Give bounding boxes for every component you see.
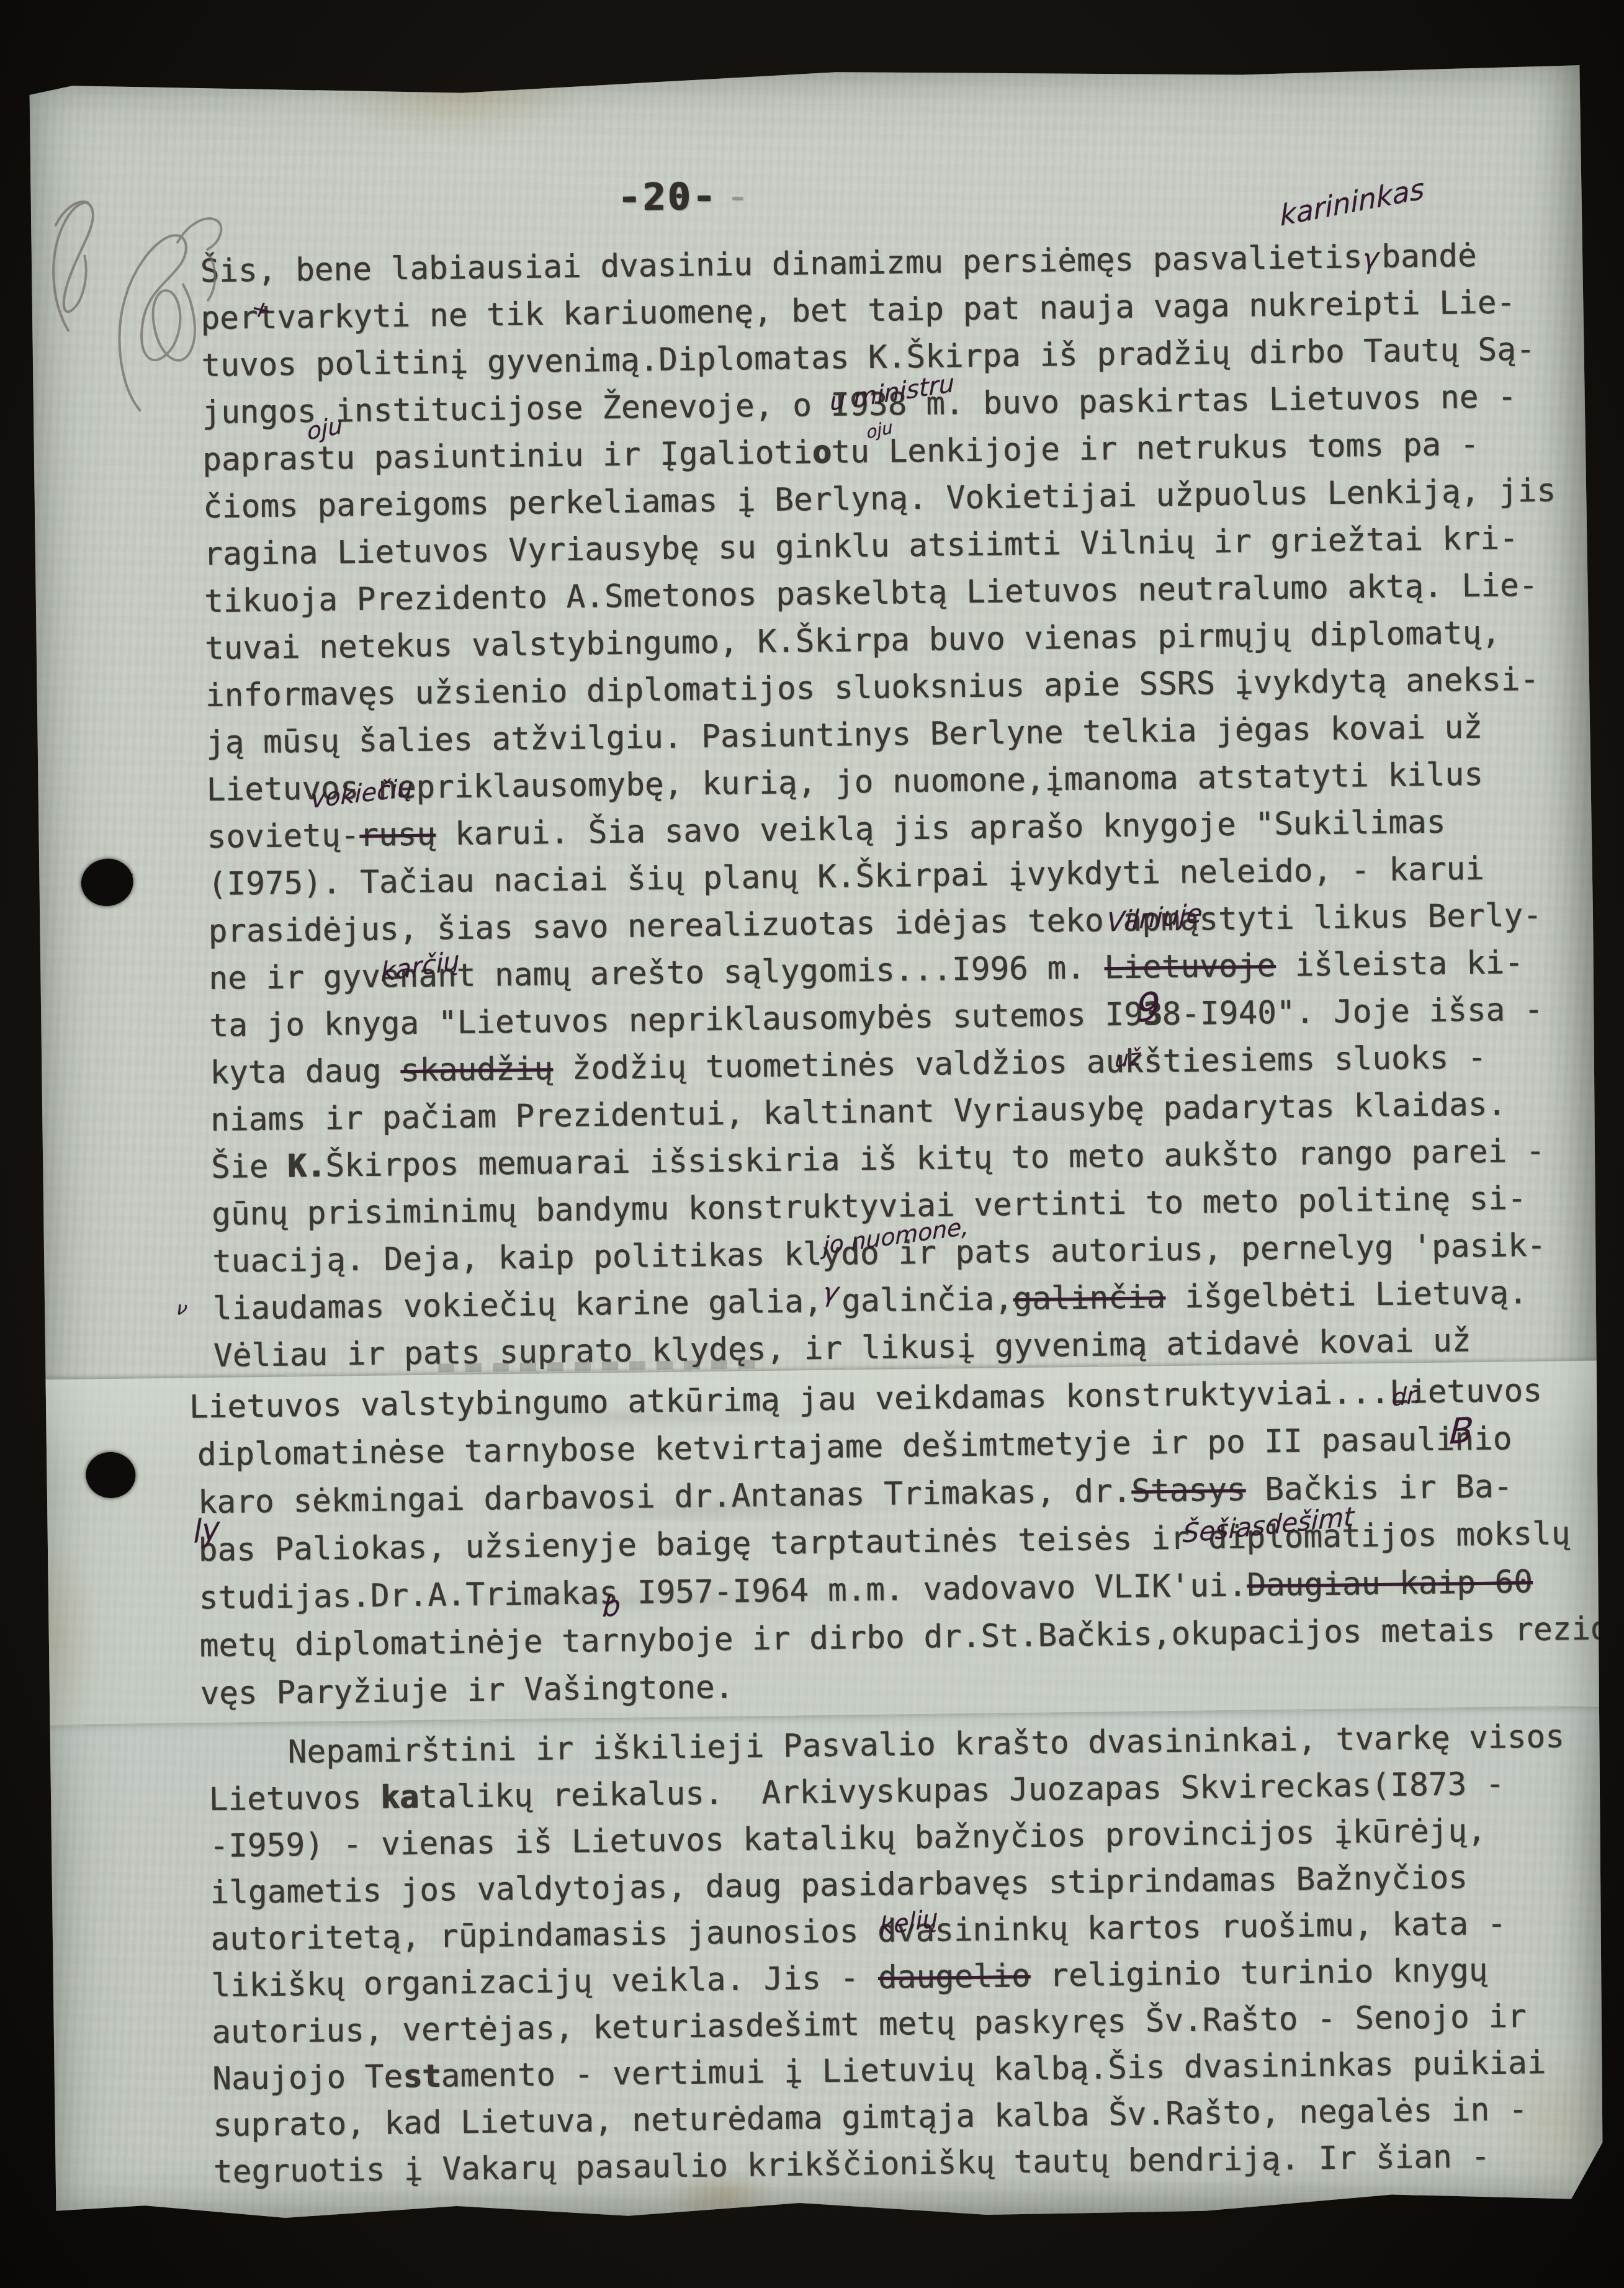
- pencil-scribble-icon: [30, 148, 245, 498]
- typed-line: prasidėjus, šias savo nerealizuotas idėj…: [208, 900, 1542, 948]
- typed-line: sovietų-rusų karui. Šia savo veiklą jis …: [207, 807, 1446, 853]
- handwritten-annotation: ν: [174, 1298, 189, 1320]
- typed-line: tuvos politinį gyvenimą.Diplomatas K.Ški…: [201, 334, 1535, 382]
- scanner-bed: { "document": { "kind": "typewritten man…: [0, 0, 1624, 2288]
- typed-line: Šie K.Škirpos memuarai išsiskiria iš kit…: [211, 1136, 1545, 1183]
- typed-paragraph-3: Nepamirštini ir iškilieji Pasvalio krašt…: [25, 58, 1584, 77]
- typed-line: Lietuvos katalikų reikalus. Arkivyskupas…: [209, 1769, 1504, 1816]
- handwritten-annotation: γ: [1362, 242, 1380, 276]
- typed-line: gūnų prisiminimų bandymu konstruktyviai …: [212, 1183, 1527, 1231]
- typed-paragraph-1: Šis, bene labiausiai dvasiniu dinamizmu …: [25, 58, 1584, 77]
- typed-line: liaudamas vokiečių karine galia, galinči…: [213, 1277, 1528, 1325]
- typed-line: suprato, kad Lietuva, neturėdama gimtąja…: [213, 2094, 1528, 2142]
- paper: -20-- Šis, bene labiausiai dvasiniu dina…: [25, 58, 1610, 2235]
- typed-line: tegruotis į Vakarų pasaulio krikščionišk…: [213, 2141, 1491, 2188]
- typed-line: niams ir pačiam Prezidentui, kaltinant V…: [210, 1088, 1506, 1136]
- handwritten-annotation: B: [1448, 1410, 1474, 1453]
- typed-line: pertvarkyti ne tik kariuomenę, bet taip …: [200, 287, 1515, 334]
- typed-line: autorius, vertėjas, keturiasdešimt metų …: [212, 2001, 1527, 2048]
- handwritten-annotation: dr.: [1391, 1381, 1422, 1412]
- handwritten-annotation: už: [1115, 1045, 1141, 1074]
- typed-line: autoritetą, rūpindamasis jaunosios dvasi…: [210, 1908, 1506, 1956]
- typed-line: ilgametis jos valdytojas, daug pasidarba…: [210, 1862, 1468, 1909]
- typed-line: tikuoja Prezidento A.Smetonos paskelbtą …: [204, 570, 1538, 617]
- typed-line: čioms pareigoms perkeliamas į Berlyną. V…: [203, 475, 1556, 523]
- page-number-ghost-dash: -: [717, 174, 751, 218]
- typed-line: paprastu pasiuntiniu ir Įgaliotiotu Lenk…: [202, 429, 1479, 476]
- handwritten-annotation: 9: [1136, 982, 1161, 1032]
- typed-line: informavęs užsienio diplomatijos sluoksn…: [205, 664, 1540, 712]
- hole-punch-dot: [78, 855, 137, 910]
- typed-paragraph-strip: Lietuvos valstybingumo atkūrimą jau veik…: [25, 58, 1584, 77]
- typed-line: -I959) - vienas iš Lietuvos katalikų baž…: [209, 1815, 1486, 1862]
- handwritten-annotations-layer: karininkasγ+ojuu ministruojuvokiečių✓Vil…: [25, 58, 1584, 77]
- handwritten-annotation: karininkas: [1280, 171, 1425, 232]
- typed-line: vęs Paryžiuje ir Vašingtone.: [200, 1672, 733, 1710]
- typed-line: (I975). Tačiau naciai šių planų K.Škirpa…: [207, 853, 1484, 900]
- typed-line: Nepamirštini ir iškilieji Pasvalio krašt…: [288, 1721, 1565, 1768]
- typed-line: Šis, bene labiausiai dvasiniu dinamizmu …: [200, 240, 1477, 287]
- typed-line: ta jo knyga "Lietuvos nepriklausomybės s…: [209, 994, 1543, 1042]
- page-number: -20--: [617, 174, 751, 220]
- typed-line: tuvai netekus valstybingumo, K.Škirpa bu…: [205, 617, 1501, 665]
- handwritten-annotation: ly: [193, 1510, 220, 1550]
- typed-line: ją mūsų šalies atžvilgiu. Pasiuntinys Be…: [206, 712, 1483, 759]
- handwritten-annotation: b: [601, 1588, 621, 1623]
- typed-line: kyta daug skaudžių žodžių tuometinės val…: [210, 1042, 1487, 1089]
- typed-line: Naujojo Testamento - vertimui į Lietuvių…: [212, 2047, 1546, 2095]
- typed-line: likiškų organizacijų veikla. Jis - dauge…: [211, 1955, 1488, 2002]
- typed-line: ragina Lietuvos Vyriausybę su ginklu ats…: [204, 523, 1519, 570]
